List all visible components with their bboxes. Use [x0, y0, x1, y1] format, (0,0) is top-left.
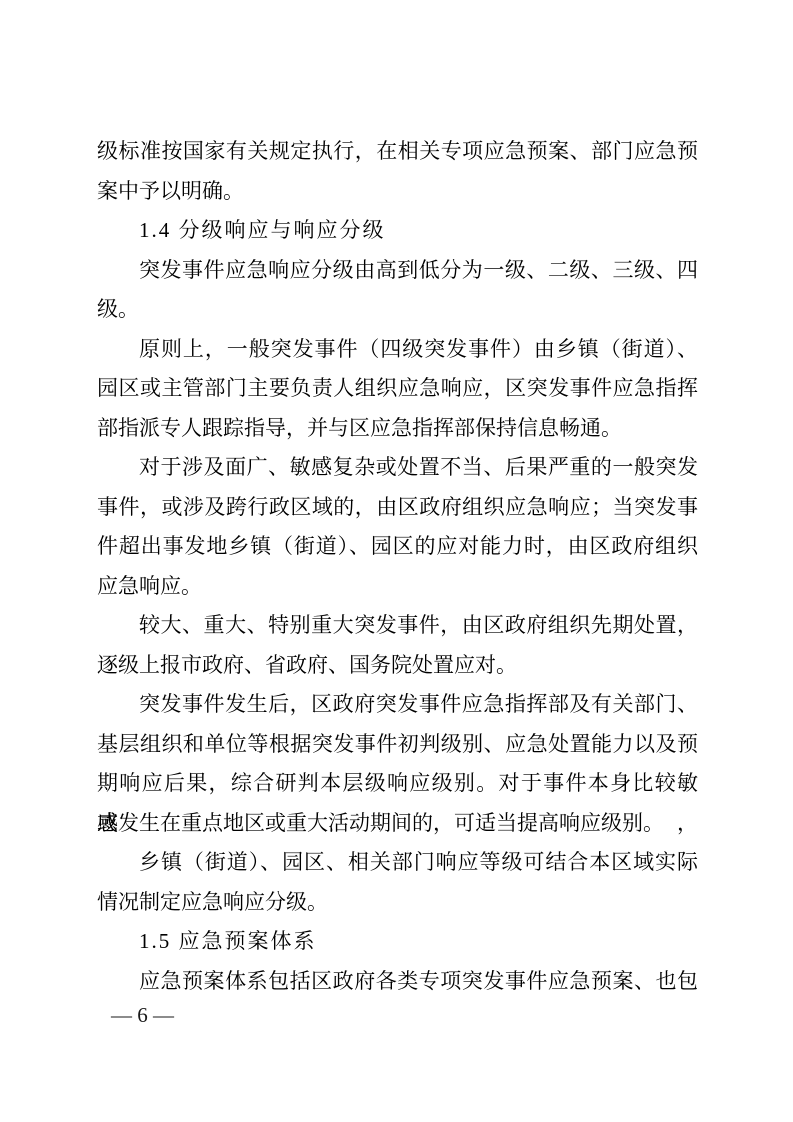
text-line: 件超出事发地乡镇（街道）、园区的应对能力时，由区政府组织: [97, 527, 698, 567]
text-line: 期响应后果，综合研判本层级响应级别。对于事件本身比较敏感，: [97, 764, 698, 804]
text-line: 级标准按国家有关规定执行，在相关专项应急预案、部门应急预: [97, 132, 698, 172]
text-line: 情况制定应急响应分级。: [97, 883, 698, 923]
text-line: 基层组织和单位等根据突发事件初判级别、应急处置能力以及预: [97, 725, 698, 765]
page-number-footer: — 6 —: [111, 1000, 174, 1030]
text-line: 部指派专人跟踪指导，并与区应急指挥部保持信息畅通。: [97, 409, 698, 449]
text-line: 级。: [97, 290, 698, 330]
document-page: 级标准按国家有关规定执行，在相关专项应急预案、部门应急预案中予以明确。1.4 分…: [0, 0, 793, 1122]
text-line: 乡镇（街道）、园区、相关部门响应等级可结合本区域实际: [97, 843, 698, 883]
text-line: 对于涉及面广、敏感复杂或处置不当、后果严重的一般突发: [97, 448, 698, 488]
text-line: 事件，或涉及跨行政区域的，由区政府组织应急响应；当突发事: [97, 488, 698, 528]
document-text-block: 级标准按国家有关规定执行，在相关专项应急预案、部门应急预案中予以明确。1.4 分…: [97, 132, 698, 1001]
text-line: 或发生在重点地区或重大活动期间的，可适当提高响应级别。: [97, 804, 698, 844]
text-line: 较大、重大、特别重大突发事件，由区政府组织先期处置，: [97, 606, 698, 646]
text-line: 应急预案体系包括区政府各类专项突发事件应急预案、也包: [97, 962, 698, 1002]
text-line: 原则上，一般突发事件（四级突发事件）由乡镇（街道）、: [97, 330, 698, 370]
text-line: 园区或主管部门主要负责人组织应急响应，区突发事件应急指挥: [97, 369, 698, 409]
text-line: 突发事件发生后，区政府突发事件应急指挥部及有关部门、: [97, 685, 698, 725]
text-line: 案中予以明确。: [97, 172, 698, 212]
text-line: 突发事件应急响应分级由高到低分为一级、二级、三级、四: [97, 251, 698, 291]
section-heading: 1.4 分级响应与响应分级: [97, 211, 698, 251]
section-heading: 1.5 应急预案体系: [97, 922, 698, 962]
text-line: 逐级上报市政府、省政府、国务院处置应对。: [97, 646, 698, 686]
text-line: 应急响应。: [97, 567, 698, 607]
